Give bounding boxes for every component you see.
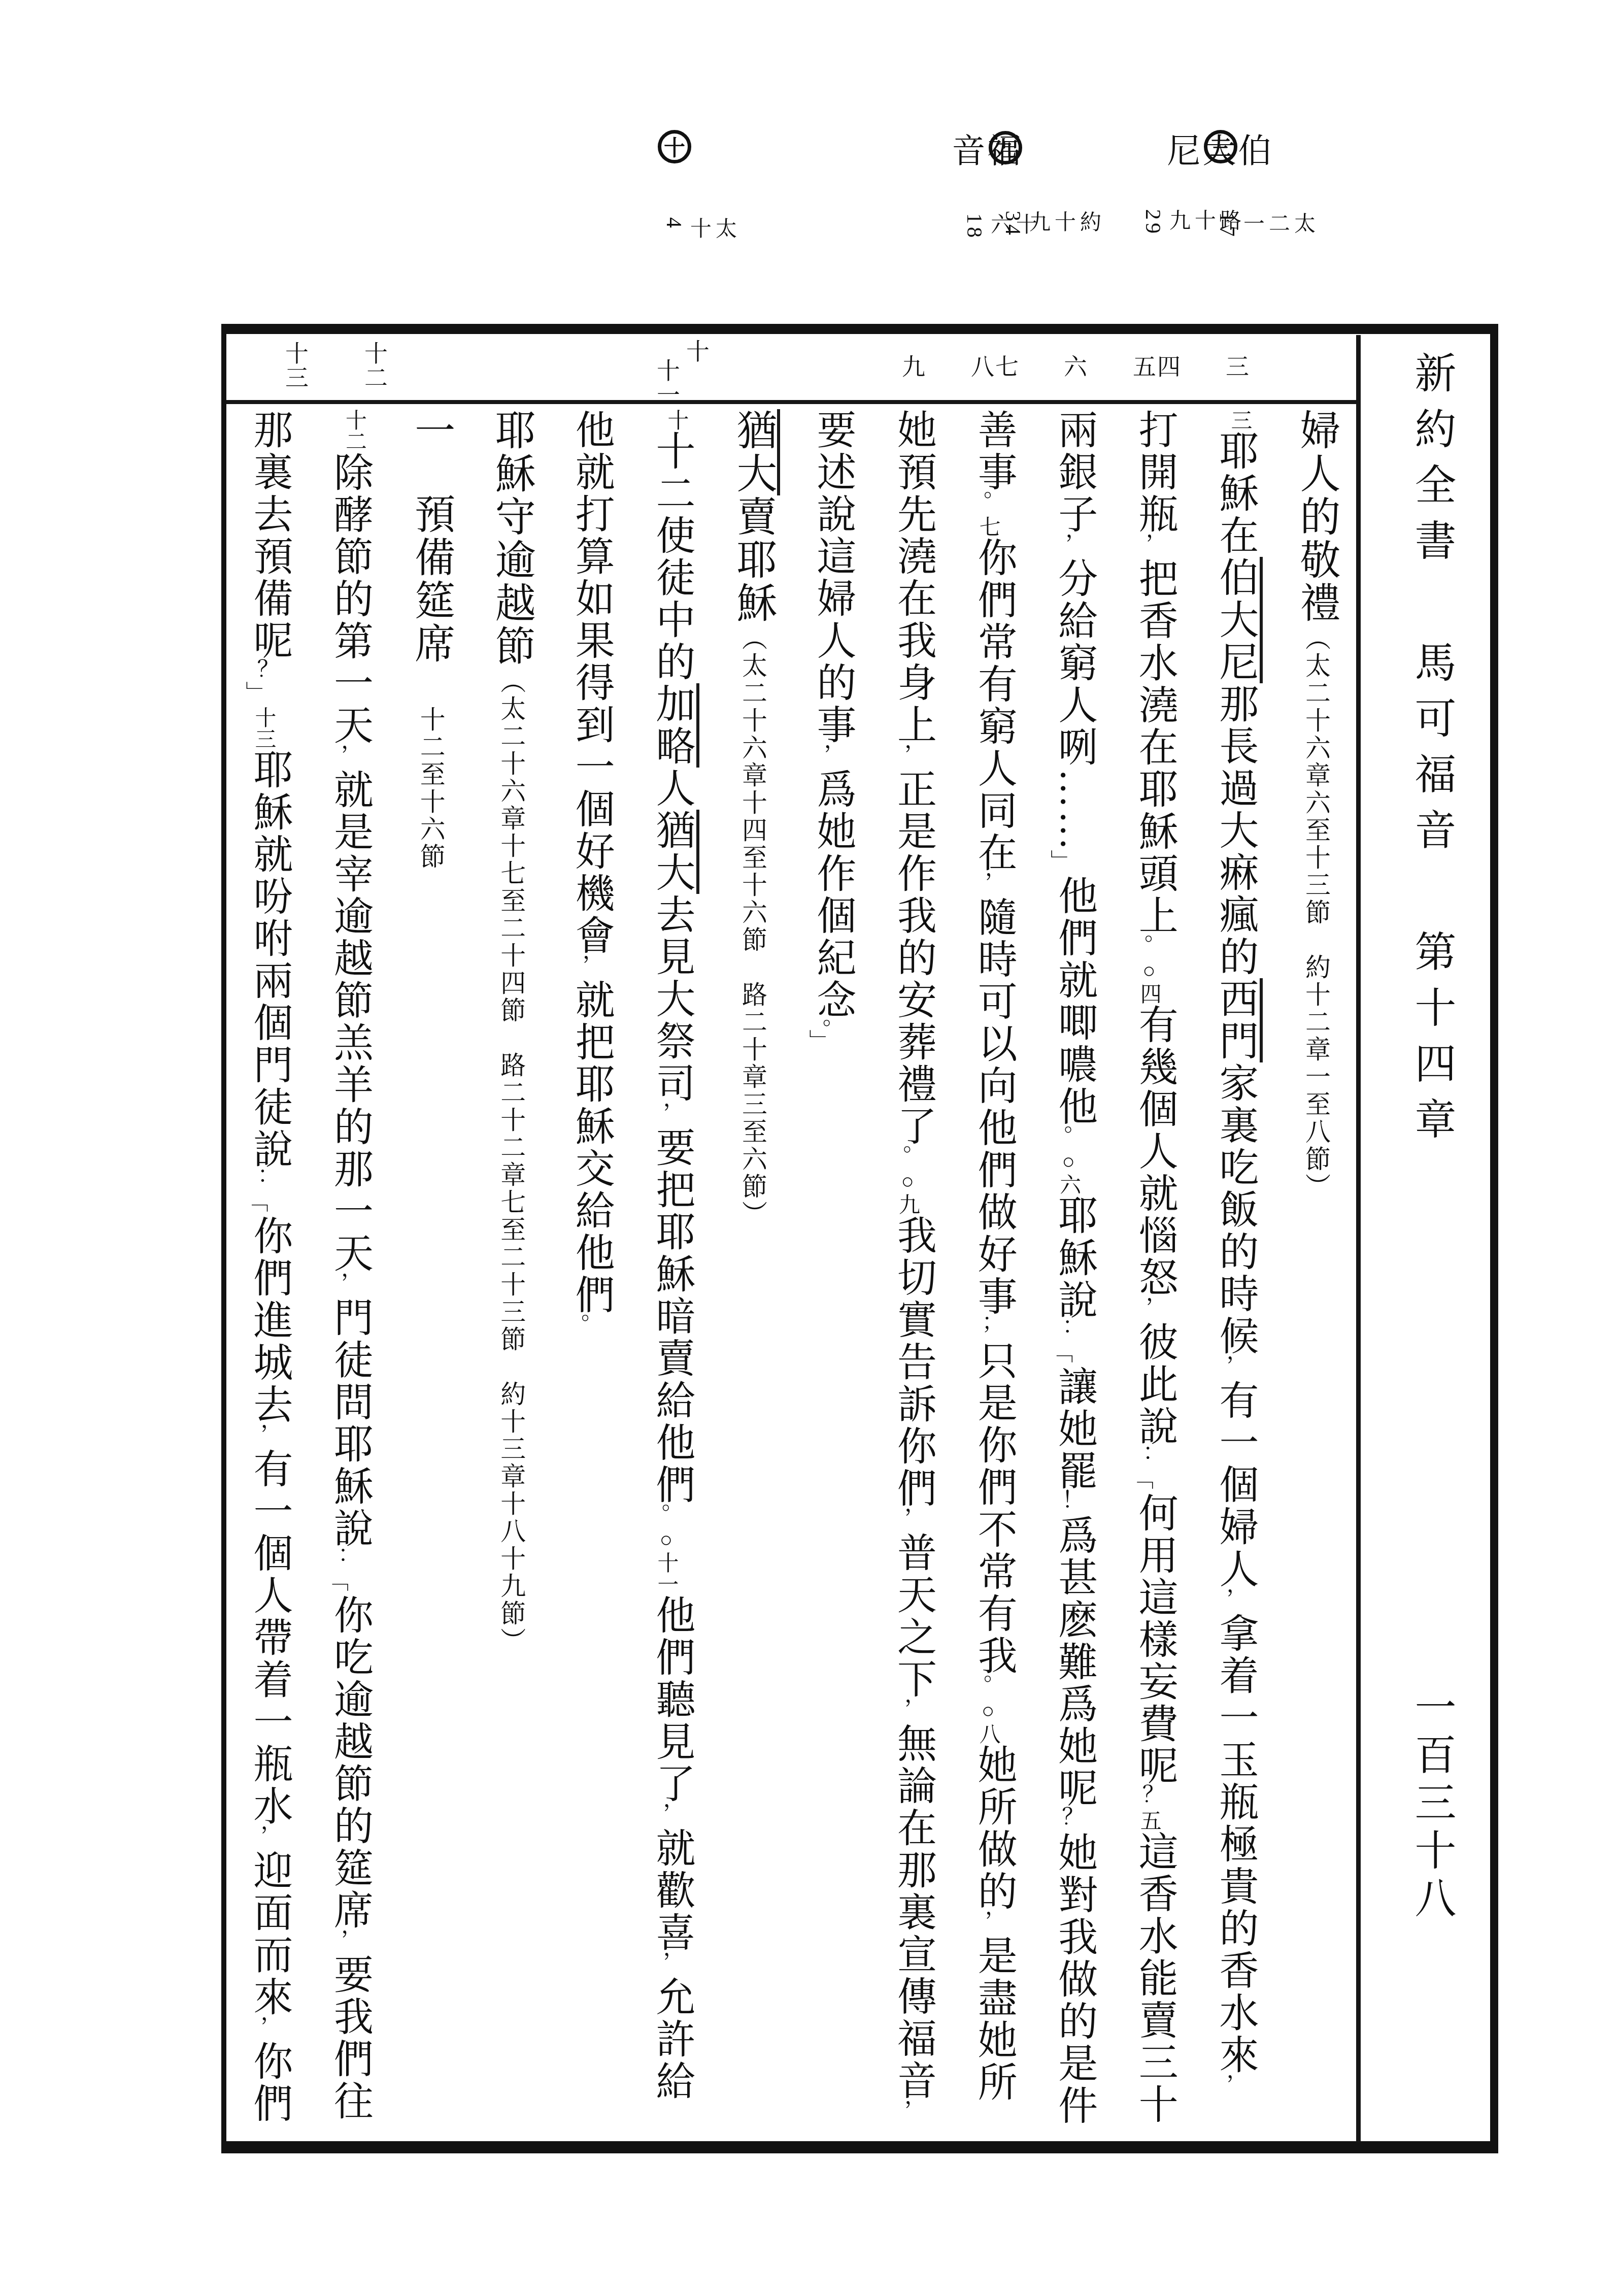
- punctuation-mark: ？: [1128, 1784, 1152, 1807]
- title-gap: [1432, 575, 1432, 641]
- punctuation-mark: ，: [806, 743, 829, 766]
- section-heading-proper-noun: 猶大: [730, 409, 780, 495]
- section-heading: 賣耶穌: [730, 495, 775, 625]
- band-verse-number: 九: [902, 354, 926, 380]
- text-column: 猶大賣耶穌（太二十六章十四至十六節 路二十章三至六節）: [712, 409, 793, 2142]
- proper-noun: 加略: [650, 683, 699, 768]
- text-column: 婦人的敬禮（太二十六章六至十三節 約十二章一至八節）: [1275, 409, 1356, 2142]
- body-text: 你吃逾越節的筵席: [328, 1594, 373, 1932]
- punctuation-mark: ，: [967, 1910, 991, 1932]
- body-text: 兩銀子: [1053, 409, 1097, 536]
- verse-number-marker: ○四: [1137, 959, 1161, 1004]
- spacer: [430, 665, 431, 706]
- body-text: 爲她作個紀念: [812, 769, 856, 1021]
- body-text: 讓她罷: [1053, 1366, 1097, 1492]
- paragraph-verse-marker: 十二: [342, 409, 366, 452]
- body-text: 迎面而來: [248, 1850, 292, 2018]
- punctuation-mark: 。: [565, 1313, 588, 1336]
- punctuation-mark: 」: [1048, 850, 1071, 872]
- title-gap: [1432, 864, 1432, 930]
- punctuation-mark: ，: [323, 744, 347, 766]
- punctuation-mark: ，: [243, 1824, 266, 1847]
- band-verse-number: 十三: [282, 341, 308, 390]
- punctuation-mark: ，: [645, 1951, 668, 1973]
- body-columns: 婦人的敬禮（太二十六章六至十三節 約十二章一至八節）三耶穌在伯大尼那長過大痳瘋的…: [229, 409, 1356, 2142]
- punctuation-mark: 。: [1128, 934, 1152, 956]
- body-text: 要我們往: [328, 1954, 373, 2122]
- body-text: 正是作我的安葬禮了: [892, 769, 936, 1148]
- parallel-reference: （太二十六章十四至十六節 路二十章三至六節）: [738, 625, 767, 1228]
- body-text: 家裏吃飯的時候: [1214, 1062, 1258, 1357]
- punctuation-mark: ，: [887, 2099, 910, 2121]
- band-verse-number: 五四: [1133, 354, 1182, 380]
- body-text: 只是你們不常有我: [972, 1340, 1017, 1677]
- punctuation-mark: ，: [565, 954, 588, 976]
- body-text: 就是宰逾越節羔羊的那一天: [328, 769, 373, 1275]
- band-verse-number: 八七: [971, 354, 1020, 380]
- proper-noun: 西門: [1214, 978, 1263, 1062]
- punctuation-mark: ，: [1048, 533, 1071, 555]
- punctuation-mark: 。: [967, 490, 991, 513]
- verse-number-marker: 五: [1137, 1810, 1161, 1831]
- punctuation-mark: ，: [1208, 2073, 1232, 2095]
- band-verse-number: 六: [1064, 354, 1088, 380]
- page-number: 一百三十八: [1368, 1685, 1495, 2193]
- chapter-title: 第十四章: [1409, 930, 1455, 1153]
- paragraph-verse-marker: 十: [664, 409, 688, 430]
- text-column: 善事。七你們常有窮人同在，隨時可以向他們做好事；只是你們不常有我。○八她所做的，…: [954, 409, 1034, 2142]
- punctuation-mark: ，: [243, 2015, 266, 2038]
- subsection-range: 十二至十六節: [417, 706, 445, 871]
- punctuation-mark: ：「: [1128, 1445, 1152, 1489]
- band-verse-number: 十二: [361, 341, 387, 390]
- note-reference: 十六18: [961, 213, 1037, 241]
- body-text: 普天之下: [892, 1532, 936, 1701]
- body-text: 十二使徒中的: [650, 430, 694, 683]
- body-text: 人: [650, 768, 694, 810]
- verse-number-marker: 十三: [251, 707, 276, 749]
- punctuation-mark: 。」: [806, 1018, 829, 1052]
- body-text: 有一個人帶着一瓶水: [248, 1448, 292, 1827]
- punctuation-mark: ？: [1048, 1807, 1071, 1829]
- body-text: 打開瓶: [1133, 409, 1177, 536]
- note-reference: 太十4: [661, 217, 737, 242]
- running-title: 新約全書馬可福音第十四章: [1368, 351, 1495, 1671]
- text-column: 兩銀子，分給窮人咧……」他們就唧噥他。○六耶穌說：「讓她罷！爲甚麽難爲她呢？她對…: [1034, 409, 1115, 2142]
- punctuation-mark: ：「: [1048, 1318, 1071, 1363]
- punctuation-mark: ：「: [323, 1547, 347, 1591]
- punctuation-mark: 。: [645, 1503, 668, 1525]
- punctuation-mark: ；: [967, 1315, 991, 1337]
- body-text: 分給窮人咧……: [1053, 558, 1097, 853]
- parallel-reference: （太二十六章六至十三節 約十二章一至八節）: [1302, 625, 1330, 1201]
- scanned-bible-page: 三 伯大尼 太二一17 路十九29 九 福音 約十九34 十六18 十 太十4 …: [0, 0, 1617, 2296]
- punctuation-mark: ，: [1208, 1587, 1232, 1610]
- body-text: 你們: [248, 2041, 292, 2125]
- body-text: 我切實告訴你們: [892, 1215, 936, 1510]
- text-column: 打開瓶，把香水澆在耶穌頭上。○四有幾個人就惱怒，彼此說：「何用這樣妄費呢？五這香…: [1115, 409, 1195, 2142]
- text-column: 他就打算如果得到一個好機會，就把耶穌交給他們。: [551, 409, 632, 2142]
- body-text: 爲甚麽難爲她呢: [1053, 1515, 1097, 1810]
- punctuation-mark: ：「: [243, 1168, 266, 1212]
- body-text: 除酵節的第一天: [328, 452, 373, 747]
- verse-number-marker: ○十一: [654, 1528, 678, 1594]
- note-term: 福音: [947, 133, 1018, 180]
- band-verse-number: 十一: [654, 358, 679, 407]
- body-text: 有一個婦人: [1214, 1380, 1258, 1590]
- body-text: 隨時可以向他們做好事: [972, 896, 1017, 1318]
- verse-number-marker: ○八: [975, 1700, 1000, 1744]
- text-column: 要述說這婦人的事，爲她作個紀念。」: [793, 409, 873, 2142]
- punctuation-mark: 。: [887, 1145, 910, 1167]
- body-text: 耶穌就吩咐兩個門徒說: [248, 749, 292, 1171]
- body-text: 要把耶穌暗賣給他們: [650, 1127, 694, 1506]
- note-circle-marker: 十: [658, 130, 691, 163]
- spacer: [430, 452, 431, 493]
- body-text: 有幾個人就惱怒: [1133, 1004, 1177, 1299]
- punctuation-mark: 。: [1048, 1125, 1071, 1147]
- text-column: 十十二使徒中的加略人猶大去見大祭司，要把耶穌暗賣給他們。○十一他們聽見了，就歡喜…: [632, 409, 713, 2142]
- punctuation-mark: ，: [967, 871, 991, 893]
- text-column: 耶穌守逾越節（太二十六章十七至二十四節 路二十二章七至二十三節 約十三章十八十九…: [471, 409, 552, 2142]
- body-text: 去見大祭司: [650, 894, 694, 1105]
- body-text: 她所做的: [972, 1744, 1017, 1913]
- body-text: 耶穌在: [1214, 430, 1258, 557]
- punctuation-mark: ！: [1048, 1489, 1071, 1512]
- punctuation-mark: ？」: [243, 659, 266, 704]
- punctuation-mark: ，: [887, 1507, 910, 1529]
- punctuation-mark: ，: [1208, 1354, 1232, 1377]
- body-text: 善事: [972, 409, 1017, 493]
- body-text: 無論在那裏宣傳福音: [892, 1723, 936, 2102]
- text-column: 三耶穌在伯大尼那長過大痳瘋的西門家裏吃飯的時候，有一個婦人，拿着一玉瓶極貴的香水…: [1195, 409, 1276, 2142]
- subsection-heading: 預備筵席: [409, 493, 453, 665]
- section-heading: 婦人的敬禮: [1294, 409, 1338, 625]
- body-text: 他們就唧噥他: [1053, 875, 1097, 1128]
- section-heading: 耶穌守逾越節: [489, 409, 533, 668]
- verse-band-rule: [226, 400, 1356, 404]
- subsection-number: 一: [409, 409, 453, 452]
- text-column: 她預先澆在我身上，正是作我的安葬禮了。○九我切實告訴你們，普天之下，無論在那裏宣…: [873, 409, 954, 2142]
- verse-number-marker: 七: [975, 516, 1000, 537]
- punctuation-mark: ，: [645, 1802, 668, 1824]
- body-text: 就歡喜: [650, 1827, 694, 1954]
- text-column: 那裏去預備呢？」十三耶穌就吩咐兩個門徒說：「你們進城去，有一個人帶着一瓶水，迎面…: [229, 409, 310, 2142]
- body-text: 耶穌說: [1053, 1195, 1097, 1321]
- punctuation-mark: ，: [1128, 533, 1152, 555]
- paragraph-verse-marker: 三: [1227, 409, 1252, 430]
- verse-number-marker: ○九: [895, 1170, 920, 1215]
- body-text: 何用這樣妄費呢: [1133, 1492, 1177, 1787]
- punctuation-mark: ，: [887, 743, 910, 766]
- text-column: 十二除酵節的第一天，就是宰逾越節羔羊的那一天，門徒問耶穌說：「你吃逾越節的筵席，…: [310, 409, 390, 2142]
- body-text: 她對我做的是件: [1053, 1832, 1097, 2127]
- band-verse-number: 十: [686, 339, 711, 364]
- punctuation-mark: ，: [1128, 1296, 1152, 1318]
- note-reference: 路十九29: [1140, 209, 1241, 237]
- body-text: 那長過大痳瘋的: [1214, 683, 1258, 978]
- body-text: 他們聽見了: [650, 1594, 694, 1805]
- band-verse-number: 三: [1226, 354, 1250, 380]
- body-text: 她預先澆在我身上: [892, 409, 936, 746]
- body-text: 那裏去預備呢: [248, 409, 292, 662]
- body-text: 門徒問耶穌說: [328, 1297, 373, 1550]
- body-text: 拿着一玉瓶極貴的香水來: [1214, 1613, 1258, 2076]
- body-text: 要述說這婦人的事: [812, 409, 856, 746]
- text-column: 一預備筵席十二至十六節: [390, 409, 471, 2142]
- proper-noun: 猶大: [650, 810, 699, 894]
- body-text: 他就打算如果得到一個好機會: [570, 409, 614, 957]
- note-term: 伯大尼: [1162, 133, 1269, 180]
- body-text: 你們常有窮人同在: [972, 537, 1017, 874]
- body-text: 彼此說: [1133, 1321, 1177, 1448]
- punctuation-mark: 。: [967, 1674, 991, 1696]
- punctuation-mark: ，: [645, 1102, 668, 1124]
- title-column-divider: [1356, 335, 1361, 2142]
- proper-noun: 伯大尼: [1214, 557, 1263, 683]
- punctuation-mark: ，: [243, 1423, 266, 1445]
- body-text: 你們進城去: [248, 1215, 292, 1426]
- punctuation-mark: ，: [323, 1272, 347, 1294]
- book-title: 新約全書: [1409, 351, 1455, 575]
- verse-number-marker: ○六: [1056, 1150, 1081, 1195]
- parallel-reference: （太二十六章十七至二十四節 路二十二章七至二十三節 約十三章十八十九節）: [497, 668, 525, 1655]
- punctuation-mark: ，: [887, 1698, 910, 1720]
- body-text: 就把耶穌交給他們: [570, 979, 614, 1316]
- body-text: 把香水澆在耶穌頭上: [1133, 558, 1177, 937]
- gospel-title: 馬可福音: [1409, 641, 1455, 864]
- punctuation-mark: ，: [323, 1928, 347, 1951]
